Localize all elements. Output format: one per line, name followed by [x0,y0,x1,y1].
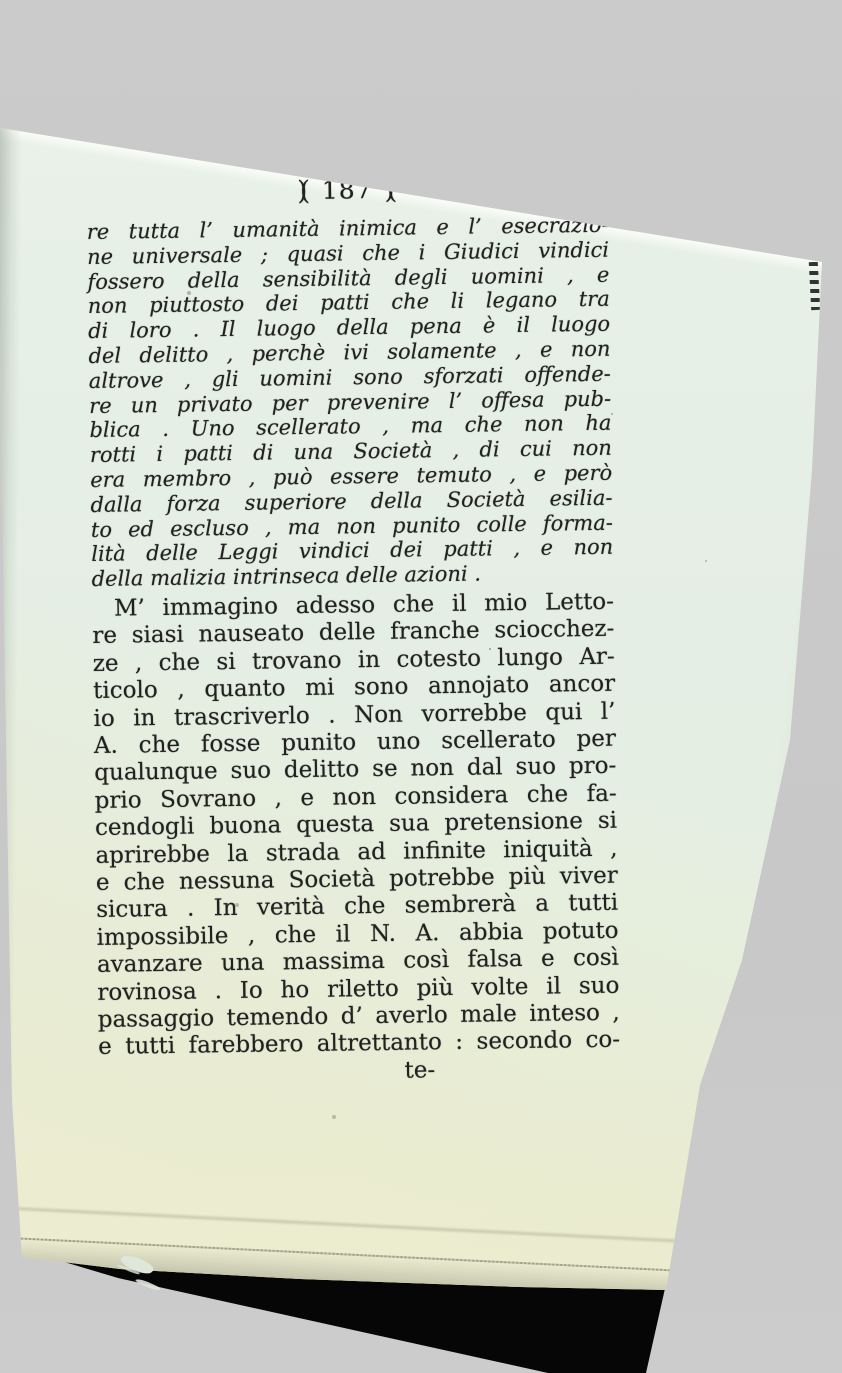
paragraph-roman: M’ immagino adesso che il mio Letto-re s… [92,589,620,1062]
paper-left-edge-shade [0,126,22,1266]
book-page: )(187)( re tutta l’ umanità inimica e l’… [0,0,842,1373]
page-header: )(187)( [86,171,608,210]
paragraph-italic: re tutta l’ umanità inimica e l’ esecraz… [87,213,614,567]
text-block: )(187)( re tutta l’ umanità inimica e l’… [86,171,621,1089]
paper-crease [0,1206,693,1243]
photo-of-book-page: )(187)( re tutta l’ umanità inimica e l’… [0,0,842,1373]
page-number: 187 [322,175,373,205]
header-ornament-left: )( [297,174,310,208]
paper-specks [0,0,2,2]
header-ornament-right: )( [384,173,397,207]
